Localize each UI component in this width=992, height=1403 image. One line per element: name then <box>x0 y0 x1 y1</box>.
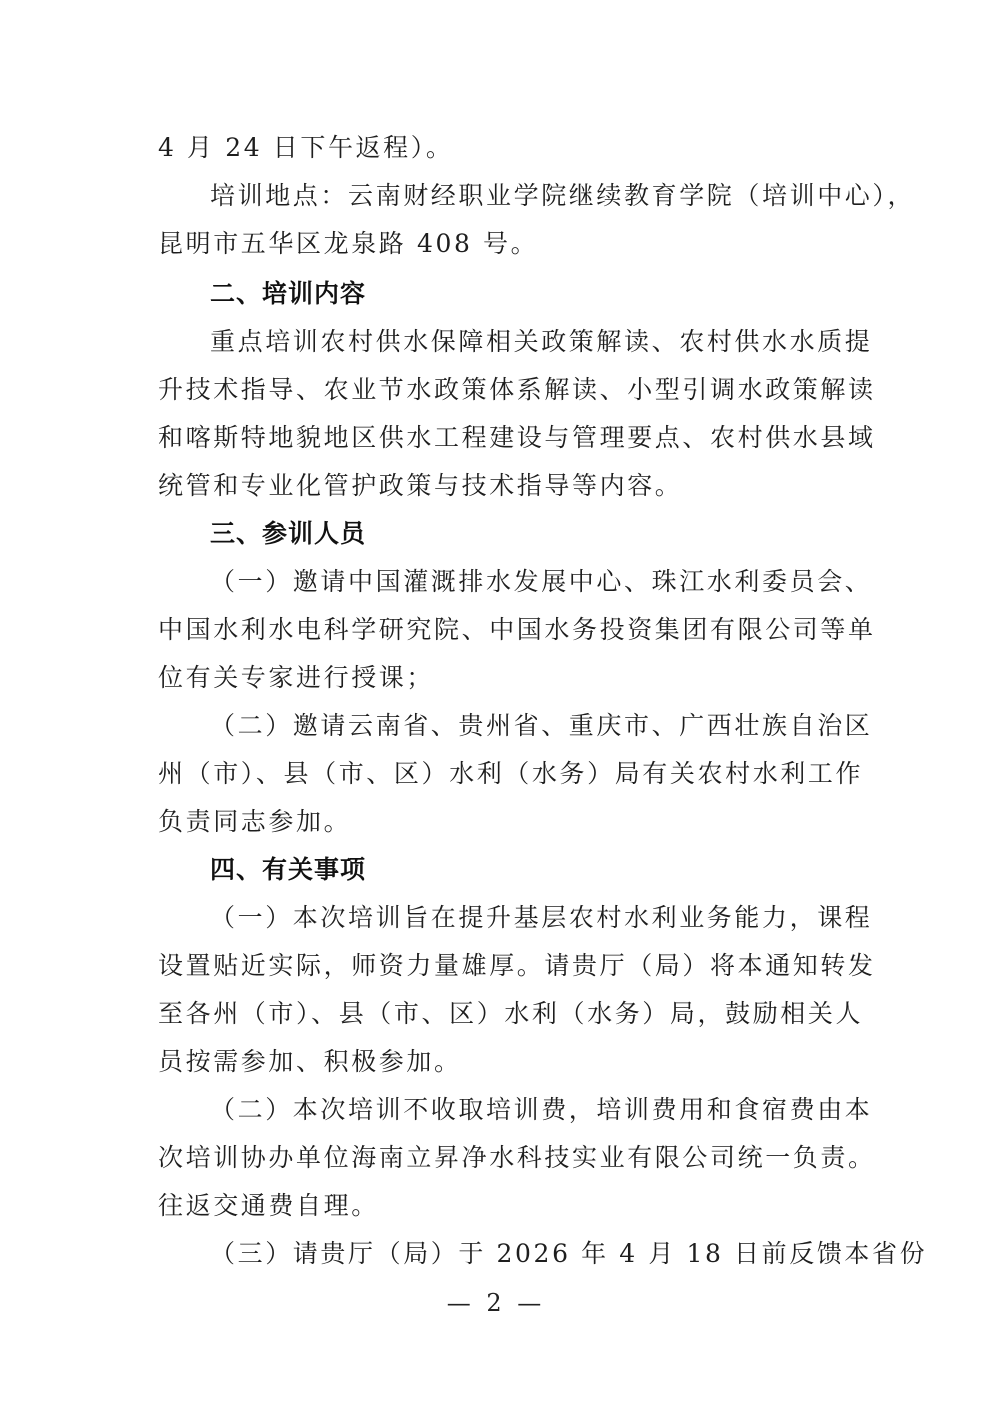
paragraph-matters-1: （一）本次培训旨在提升基层农村水利业务能力，课程 <box>210 898 860 938</box>
section-heading-participants: 三、参训人员 <box>210 514 860 554</box>
text-line: 次培训协办单位海南立昇净水科技实业有限公司统一负责。 <box>158 1138 858 1178</box>
paragraph-participants-2: （二）邀请云南省、贵州省、重庆市、广西壮族自治区 <box>210 706 860 746</box>
text-line: 位有关专家进行授课； <box>158 658 858 698</box>
paragraph-training-location: 培训地点：云南财经职业学院继续教育学院（培训中心）， <box>210 176 860 216</box>
text-line: 至各州（市）、县（市、区）水利（水务）局，鼓励相关人 <box>158 994 858 1034</box>
paragraph-participants-1: （一）邀请中国灌溉排水发展中心、珠江水利委员会、 <box>210 562 860 602</box>
text-line: 员按需参加、积极参加。 <box>158 1042 858 1082</box>
text-line: 州（市）、县（市、区）水利（水务）局有关农村水利工作 <box>158 754 858 794</box>
text-line: 往返交通费自理。 <box>158 1186 858 1226</box>
text-line: 4 月 24 日下午返程）。 <box>158 128 858 168</box>
page-number: — 2 — <box>0 1288 992 1318</box>
text-line: 升技术指导、农业节水政策体系解读、小型引调水政策解读 <box>158 370 858 410</box>
paragraph-matters-2: （二）本次培训不收取培训费，培训费用和食宿费由本 <box>210 1090 860 1130</box>
text-line: 昆明市五华区龙泉路 408 号。 <box>158 224 858 264</box>
text-line: 设置贴近实际，师资力量雄厚。请贵厅（局）将本通知转发 <box>158 946 858 986</box>
paragraph-matters-3: （三）请贵厅（局）于 2026 年 4 月 18 日前反馈本省份 <box>210 1234 860 1274</box>
text-line: 中国水利水电科学研究院、中国水务投资集团有限公司等单 <box>158 610 858 650</box>
paragraph-training-content: 重点培训农村供水保障相关政策解读、农村供水水质提 <box>210 322 860 362</box>
text-line: 统管和专业化管护政策与技术指导等内容。 <box>158 466 858 506</box>
document-page: 4 月 24 日下午返程）。 培训地点：云南财经职业学院继续教育学院（培训中心）… <box>0 0 992 1403</box>
text-line: 和喀斯特地貌地区供水工程建设与管理要点、农村供水县域 <box>158 418 858 458</box>
text-line: 负责同志参加。 <box>158 802 858 842</box>
section-heading-training-content: 二、培训内容 <box>210 274 860 314</box>
section-heading-related-matters: 四、有关事项 <box>210 850 860 890</box>
